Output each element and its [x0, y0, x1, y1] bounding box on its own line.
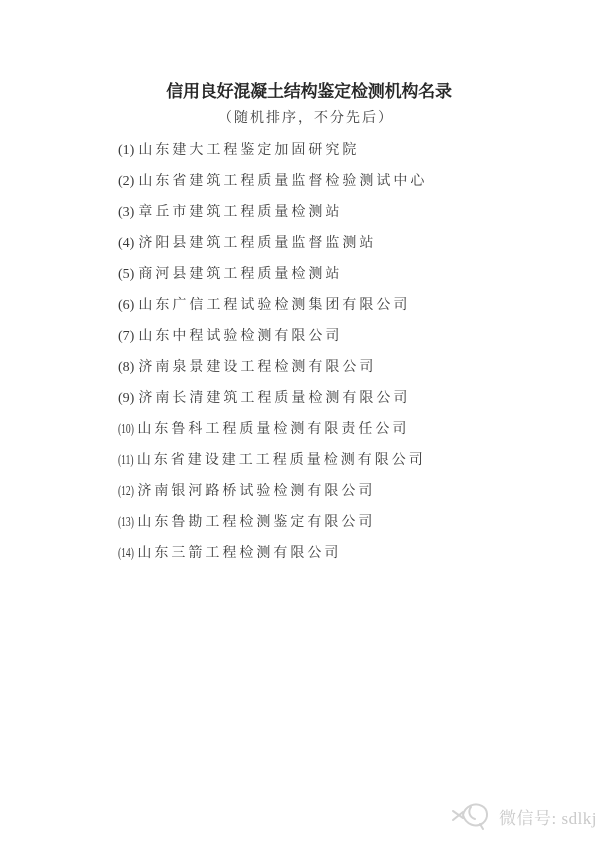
list-item: (11)山东省建设建工工程质量检测有限公司: [118, 445, 596, 476]
item-name: 商河县建筑工程质量检测站: [138, 267, 342, 282]
page-subtitle: （随机排序，不分先后）: [16, 107, 596, 127]
page-title: 信用良好混凝土结构鉴定检测机构名录: [22, 77, 596, 102]
list-item: (4)济阳县建筑工程质量监督监测站: [118, 228, 596, 259]
list-item: (1)山东建大工程鉴定加固研究院: [118, 135, 596, 166]
list-item: (7)山东中程试验检测有限公司: [118, 321, 596, 352]
list-item: (12)济南银河路桥试验检测有限公司: [118, 476, 596, 507]
item-number: (11): [118, 445, 134, 476]
item-number: (7): [118, 329, 134, 344]
item-number: (8): [118, 360, 134, 375]
list-item: (14)山东三箭工程检测有限公司: [118, 538, 596, 569]
item-number: (2): [118, 174, 134, 189]
item-name: 山东建大工程鉴定加固研究院: [138, 143, 359, 158]
list-item: (10)山东鲁科工程质量检测有限责任公司: [118, 414, 596, 445]
item-number: (3): [118, 205, 134, 220]
item-name: 山东三箭工程检测有限公司: [137, 546, 341, 561]
item-name: 山东鲁勘工程检测鉴定有限公司: [137, 515, 375, 530]
institution-list: (1)山东建大工程鉴定加固研究院 (2)山东省建筑工程质量监督检验测试中心 (3…: [118, 135, 596, 569]
wechat-id-label: 微信号: sdlkjc: [499, 804, 596, 829]
item-name: 山东中程试验检测有限公司: [138, 329, 342, 344]
item-name: 山东广信工程试验检测集团有限公司: [138, 298, 410, 313]
list-item: (13)山东鲁勘工程检测鉴定有限公司: [118, 507, 596, 538]
item-name: 山东鲁科工程质量检测有限责任公司: [137, 422, 409, 437]
item-number: (14): [118, 538, 134, 569]
item-number: (6): [118, 298, 134, 313]
item-number: (4): [118, 236, 134, 251]
item-number: (13): [118, 507, 134, 538]
item-name: 章丘市建筑工程质量检测站: [138, 205, 342, 220]
item-name: 山东省建筑工程质量监督检验测试中心: [138, 174, 427, 189]
item-name: 济南银河路桥试验检测有限公司: [137, 484, 375, 499]
list-item: (8)济南泉景建设工程检测有限公司: [118, 352, 596, 383]
item-number: (5): [118, 267, 134, 282]
list-item: (3)章丘市建筑工程质量检测站: [118, 197, 596, 228]
item-number: (12): [118, 476, 134, 507]
item-name: 济阳县建筑工程质量监督监测站: [138, 236, 376, 251]
document-page: 信用良好混凝土结构鉴定检测机构名录 （随机排序，不分先后） (1)山东建大工程鉴…: [0, 0, 596, 842]
list-item: (5)商河县建筑工程质量检测站: [118, 259, 596, 290]
item-name: 济南长清建筑工程质量检测有限公司: [138, 391, 410, 406]
fish-doodle-icon: [450, 798, 492, 834]
item-number: (1): [118, 143, 134, 158]
item-number: (10): [118, 414, 134, 445]
list-item: (9)济南长清建筑工程质量检测有限公司: [118, 383, 596, 414]
item-number: (9): [118, 391, 134, 406]
item-name: 山东省建设建工工程质量检测有限公司: [137, 453, 426, 468]
list-item: (2)山东省建筑工程质量监督检验测试中心: [118, 166, 596, 197]
list-item: (6)山东广信工程试验检测集团有限公司: [118, 290, 596, 321]
item-name: 济南泉景建设工程检测有限公司: [138, 360, 376, 375]
wechat-watermark: 微信号: sdlkjc: [450, 797, 596, 835]
